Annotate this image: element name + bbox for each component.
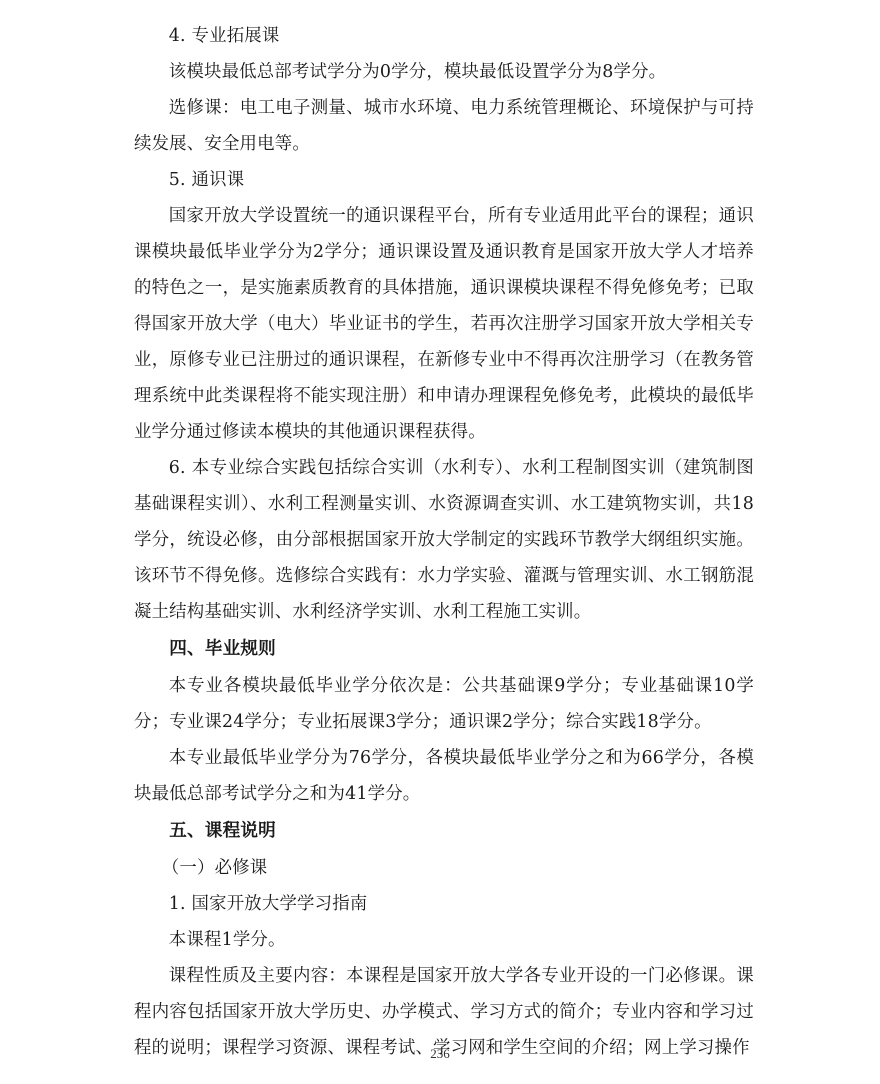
- subheading-required-courses: （一）必修课: [134, 850, 754, 886]
- course-title: 1. 国家开放大学学习指南: [134, 886, 754, 922]
- paragraph: 本专业各模块最低毕业学分依次是：公共基础课9学分；专业基础课10学分；专业课24…: [134, 668, 754, 740]
- page-number: 236: [0, 1046, 880, 1062]
- section-4-title: 4. 专业拓展课: [134, 18, 754, 54]
- paragraph: 本专业最低毕业学分为76学分，各模块最低毕业学分之和为66学分，各模块最低总部考…: [134, 740, 754, 812]
- heading-course-description: 五、课程说明: [134, 812, 754, 850]
- paragraph: 选修课：电工电子测量、城市水环境、电力系统管理概论、环境保护与可持续发展、安全用…: [134, 90, 754, 162]
- paragraph: 该模块最低总部考试学分为0学分，模块最低设置学分为8学分。: [134, 54, 754, 90]
- heading-graduation-rules: 四、毕业规则: [134, 630, 754, 668]
- paragraph: 6. 本专业综合实践包括综合实训（水利专）、水利工程制图实训（建筑制图基础课程实…: [134, 450, 754, 630]
- paragraph: 国家开放大学设置统一的通识课程平台，所有专业适用此平台的课程；通识课模块最低毕业…: [134, 198, 754, 450]
- section-5-title: 5. 通识课: [134, 162, 754, 198]
- document-page: 4. 专业拓展课 该模块最低总部考试学分为0学分，模块最低设置学分为8学分。 选…: [134, 18, 754, 1066]
- course-credits: 本课程1学分。: [134, 922, 754, 958]
